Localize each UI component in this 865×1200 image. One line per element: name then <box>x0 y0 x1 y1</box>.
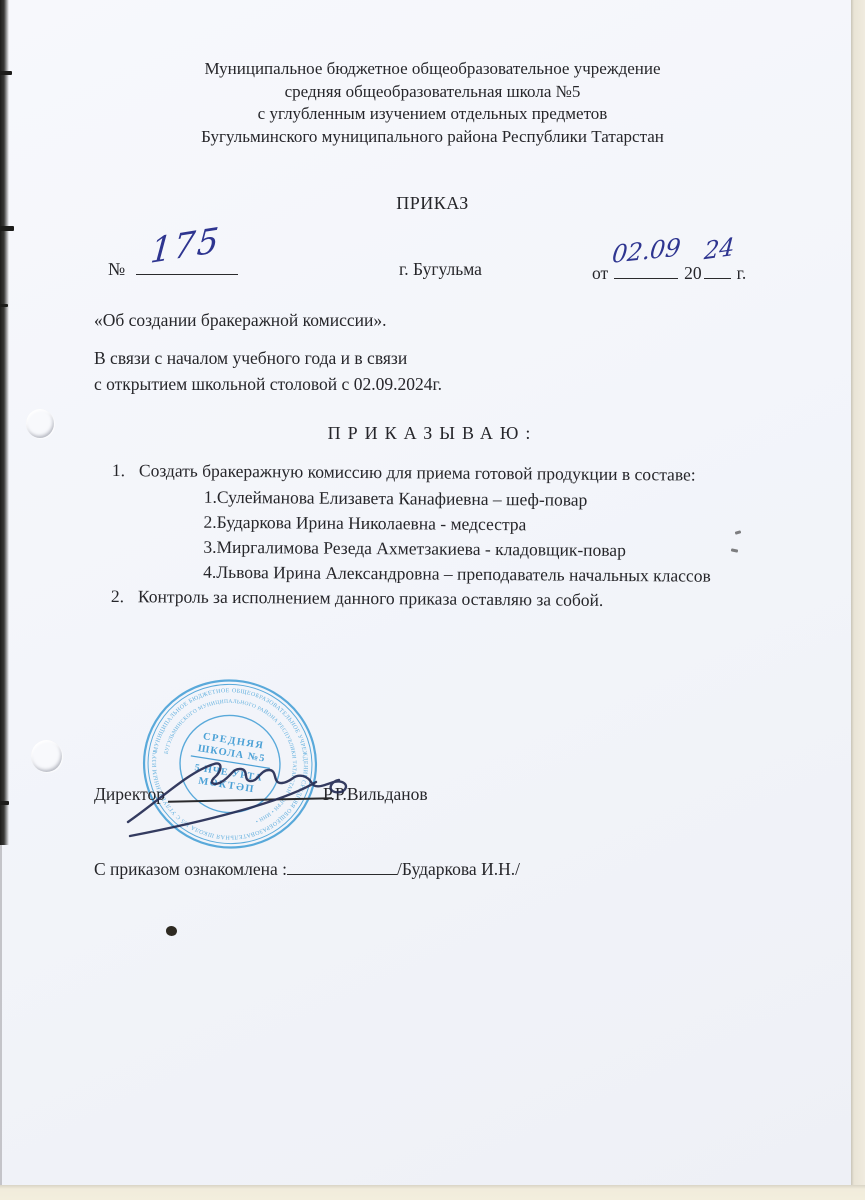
acknowledgment-label: С приказом ознакомлена : <box>94 859 287 880</box>
commission-member: 2.Бударкова Ирина Николаевна - медсестра <box>203 512 526 536</box>
director-signature <box>118 740 368 855</box>
order-items: 1.Создать бракеражную комиссию для прием… <box>0 0 865 656</box>
scanned-document-page: Муниципальное бюджетное общеобразователь… <box>0 0 865 1200</box>
commission-member: 4.Львова Ирина Александровна – преподава… <box>203 562 711 587</box>
acknowledgment-name: /Бударкова И.Н./ <box>397 859 520 880</box>
item-text: Создать бракеражную комиссию для приема … <box>139 460 696 484</box>
order-item-1: 1.Создать бракеражную комиссию для прием… <box>112 460 696 486</box>
item-text: Контроль за исполнением данного приказа … <box>138 586 604 610</box>
ink-spot <box>166 926 177 936</box>
item-marker: 2. <box>111 586 138 607</box>
scan-edge-line <box>0 845 2 1185</box>
item-marker: 1. <box>112 460 139 481</box>
acknowledgment-line: С приказом ознакомлена : /Бударкова И.Н.… <box>94 856 520 880</box>
acknowledgment-blank-line <box>287 856 397 875</box>
edge-mark <box>0 801 9 805</box>
scanner-edge-bottom <box>0 1185 865 1200</box>
commission-member: 1.Сулейманова Елизавета Канафиевна – шеф… <box>204 487 588 511</box>
punch-hole <box>31 740 62 772</box>
order-item-2: 2.Контроль за исполнением данного приказ… <box>111 586 604 611</box>
commission-member: 3.Миргалимова Резеда Ахметзакиева - клад… <box>203 537 626 561</box>
